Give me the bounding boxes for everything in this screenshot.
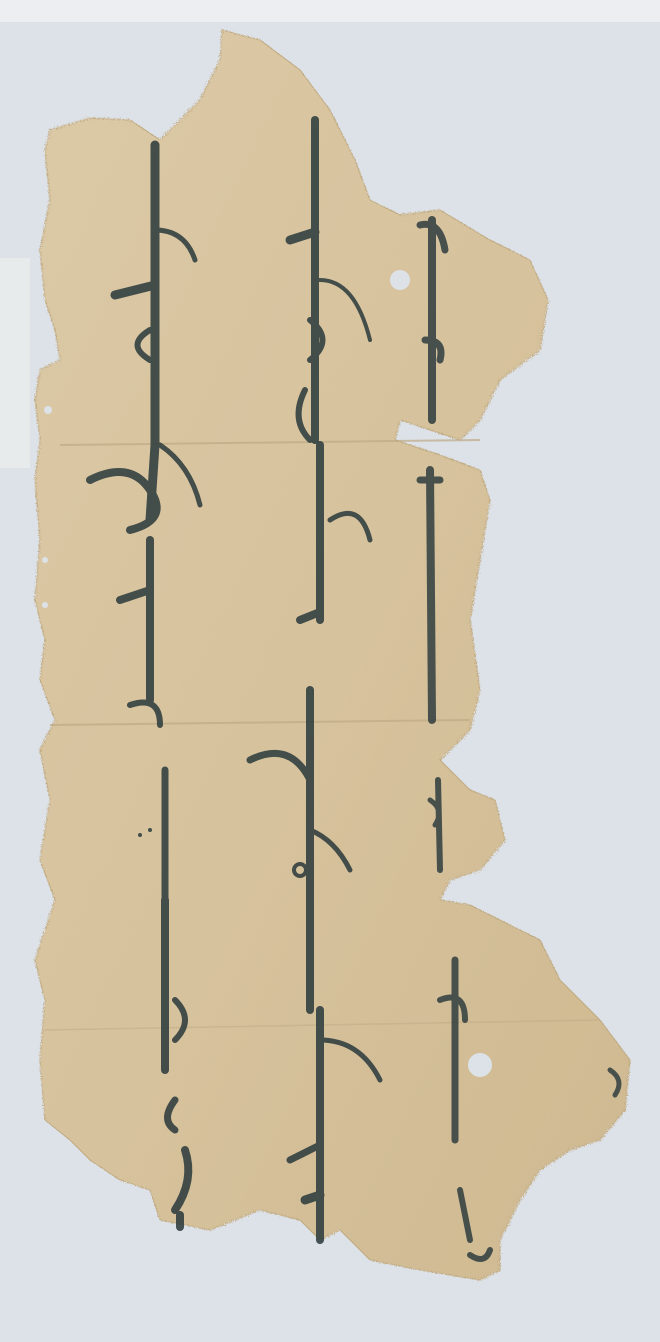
manuscript-fragment (0, 0, 660, 1342)
paper-hole (42, 602, 48, 608)
paper-hole (390, 270, 410, 290)
paper-hole (44, 406, 52, 414)
paper-hole (468, 1053, 492, 1077)
paper-body (35, 30, 630, 1280)
paper-hole (42, 557, 48, 563)
photo-stage: Manuscript fragment with vertical script (0, 0, 660, 1342)
